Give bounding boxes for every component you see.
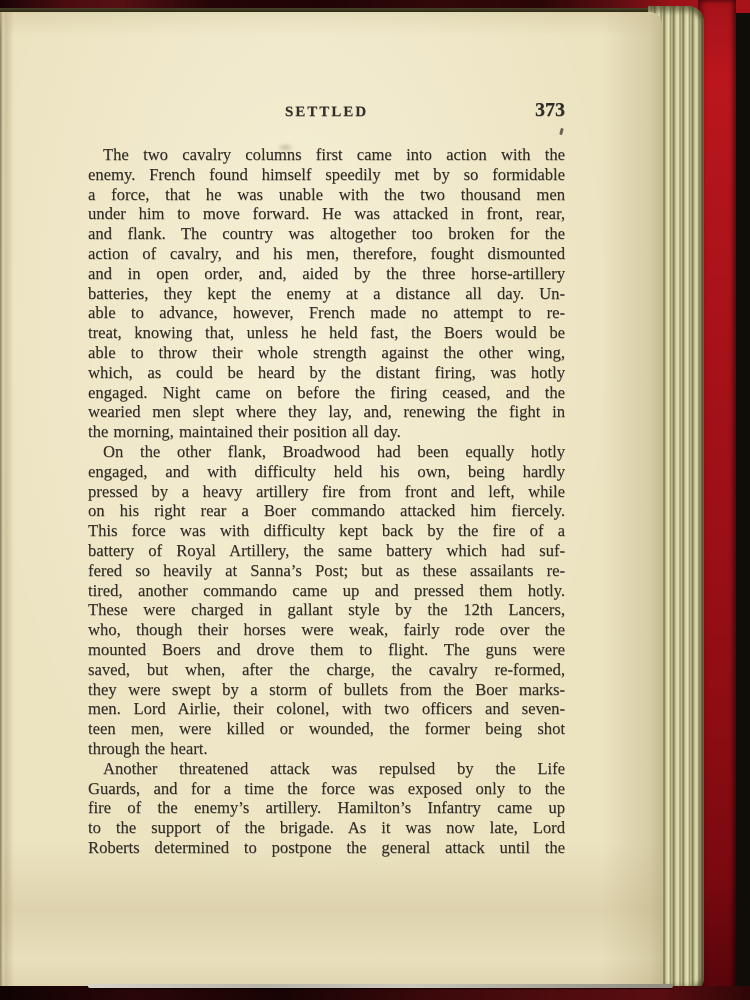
text-line: engaged. Night came on before the firing… (88, 383, 565, 403)
text-line: fered so heavily at Sanna’s Post; but as… (88, 561, 565, 581)
text-line: batteries, they kept the enemy at a dist… (88, 284, 565, 304)
text-line: treat, knowing that, unless he held fast… (88, 323, 565, 343)
text-line: which, as could be heard by the distant … (88, 363, 565, 383)
text-line: the morning, maintained their position a… (88, 422, 565, 442)
text-line: These were charged in gallant style by t… (88, 600, 565, 620)
text-line: tired, another commando came up and pres… (88, 581, 565, 601)
book-cover-bottom-edge (0, 986, 750, 1000)
text-line: This force was with difficulty kept back… (88, 521, 565, 541)
text-line: pressed by a heavy artillery fire from f… (88, 482, 565, 502)
text-line: through the heart. (88, 739, 565, 759)
page-bottom-edge (88, 984, 673, 988)
text-line: saved, but when, after the charge, the c… (88, 660, 565, 680)
paragraph: The two cavalry columns first came into … (88, 145, 565, 442)
text-line: fire of the enemy’s artillery. Hamilton’… (88, 798, 565, 818)
text-line: enemy. French found himself speedily met… (88, 165, 565, 185)
text-line: able to throw their whole strength again… (88, 343, 565, 363)
text-line: and flank. The country was altogether to… (88, 224, 565, 244)
text-line: to the support of the brigade. As it was… (88, 818, 565, 838)
text-line: On the other flank, Broadwood had been e… (88, 442, 565, 462)
text-line: engaged, and with difficulty held his ow… (88, 462, 565, 482)
text-line: able to advance, however, French made no… (88, 303, 565, 323)
text-line: Guards, and for a time the force was exp… (88, 779, 565, 799)
text-line: The two cavalry columns first came into … (88, 145, 565, 165)
text-line: action of cavalry, and his men, therefor… (88, 244, 565, 264)
paragraph: Another threatened attack was repulsed b… (88, 759, 565, 858)
text-line: and in open order, and, aided by the thr… (88, 264, 565, 284)
paragraph: On the other flank, Broadwood had been e… (88, 442, 565, 759)
book-scan: SETTLED 373 The two cavalry columns firs… (0, 0, 750, 1000)
text-line: they were swept by a storm of bullets fr… (88, 680, 565, 700)
text-line: Roberts determined to postpone the gener… (88, 838, 565, 858)
page-number: 373 (88, 99, 565, 122)
text-line: Another threatened attack was repulsed b… (88, 759, 565, 779)
text-line: men. Lord Airlie, their colonel, with tw… (88, 699, 565, 719)
paper-smudge (277, 143, 294, 152)
text-line: a force, that he was unable with the two… (88, 185, 565, 205)
text-line: under him to move forward. He was attack… (88, 204, 565, 224)
text-line: on his right rear a Boer commando attack… (88, 501, 565, 521)
text-line: mounted Boers and drove them to flight. … (88, 640, 565, 660)
body-text: The two cavalry columns first came into … (88, 145, 565, 858)
text-line: battery of Royal Artillery, the same bat… (88, 541, 565, 561)
text-line: who, though their horses were weak, fair… (88, 620, 565, 640)
text-line: teen men, were killed or wounded, the fo… (88, 719, 565, 739)
text-line: wearied men slept where they lay, and, r… (88, 402, 565, 422)
